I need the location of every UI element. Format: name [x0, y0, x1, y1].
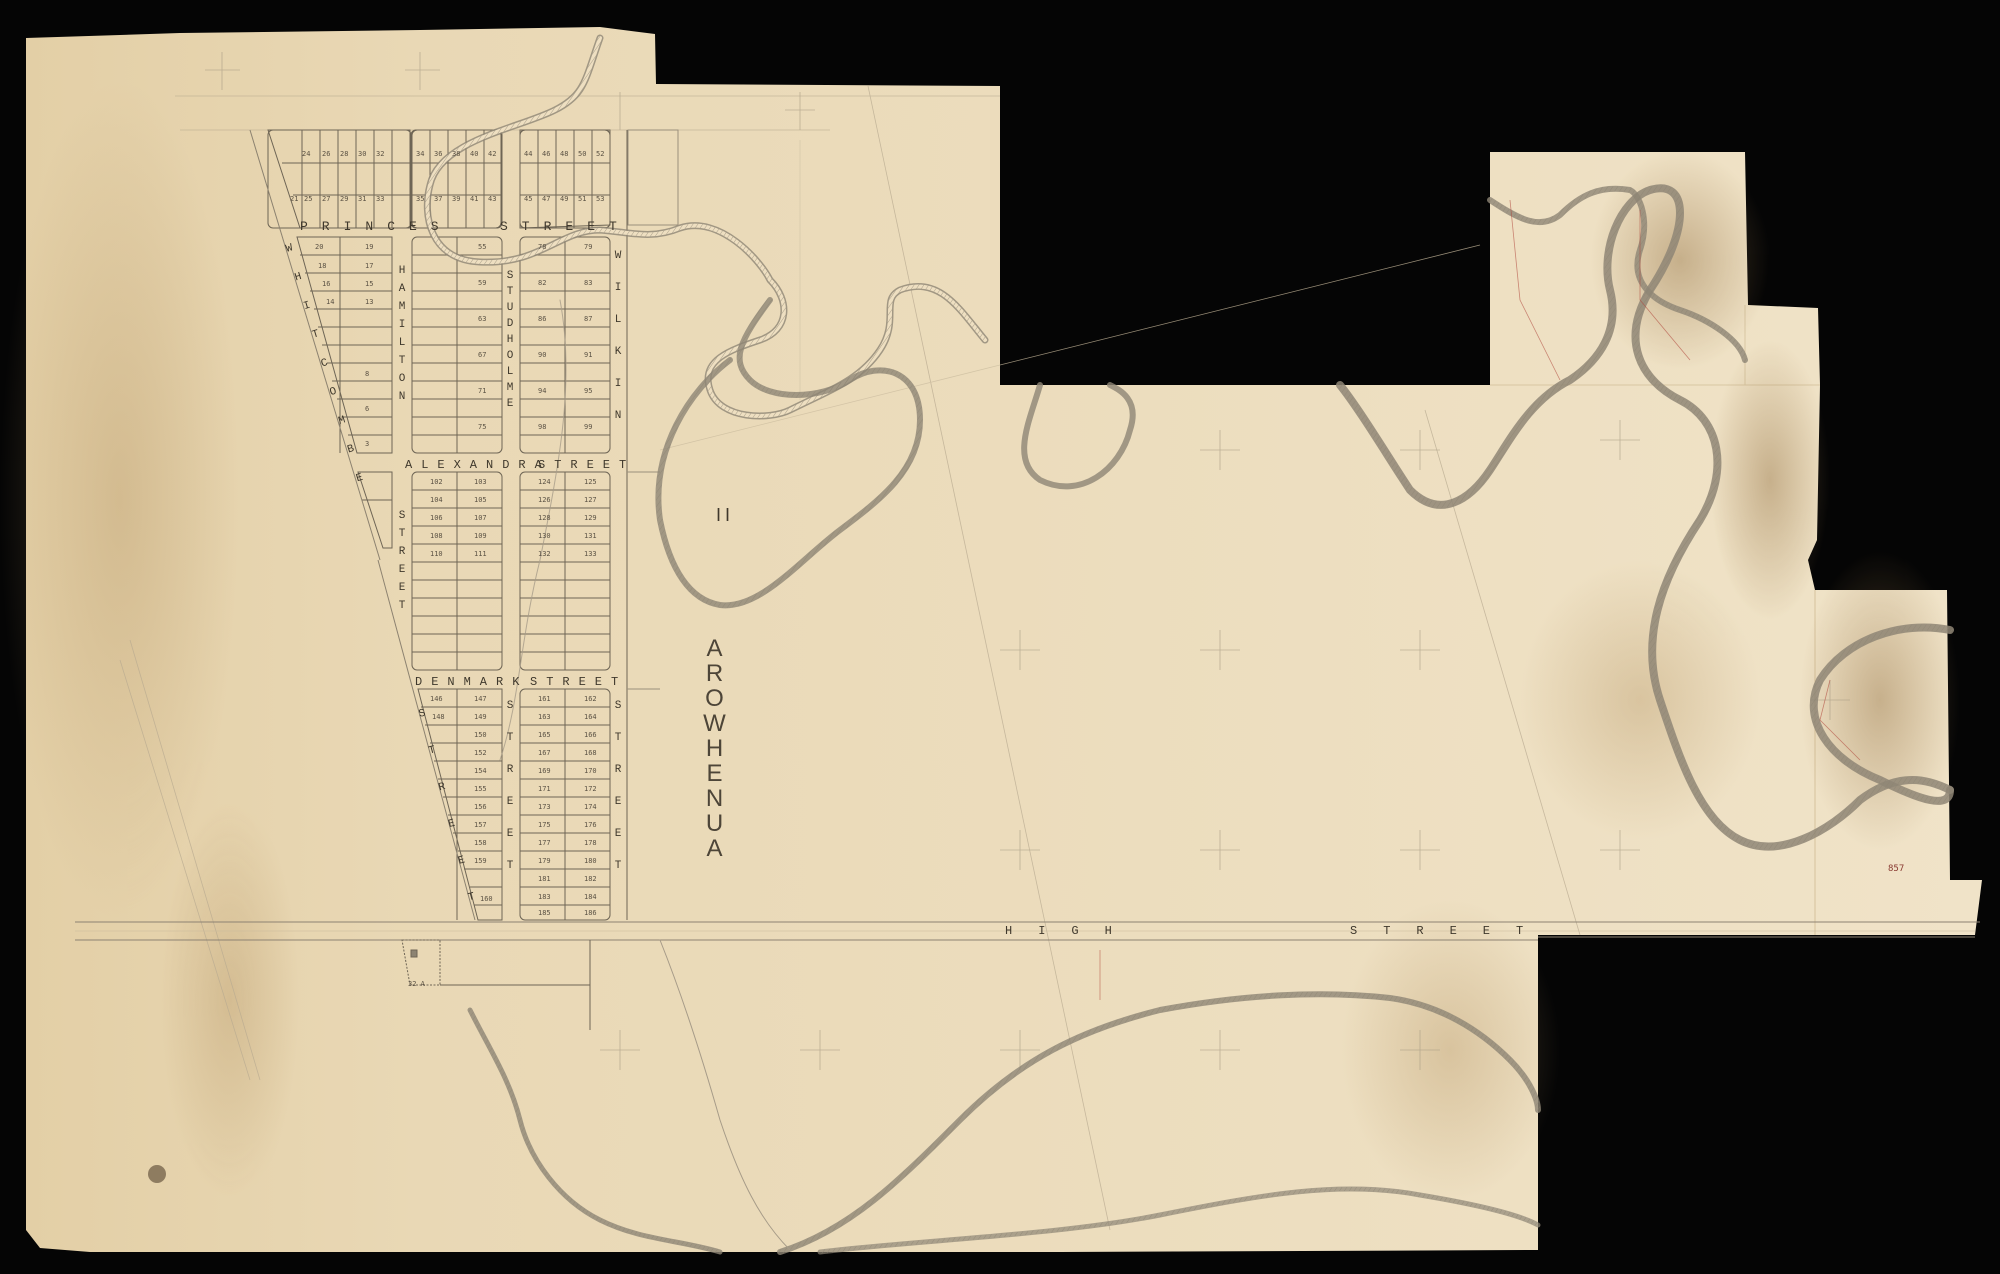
lot-number: 32	[376, 150, 384, 158]
lot-number: 14	[326, 298, 334, 306]
lot-number: 125	[584, 478, 597, 486]
lot-number: 91	[584, 351, 592, 359]
map-drawing	[0, 0, 2000, 1274]
label-studholme-street-lower: STREET	[504, 700, 516, 892]
lot-number: 20	[315, 243, 323, 251]
lot-number: 127	[584, 496, 597, 504]
label-alexandra-street-word2: STREET	[538, 458, 635, 472]
lot-number: 55	[478, 243, 486, 251]
lot-number: 111	[474, 550, 487, 558]
lot-number: 164	[584, 713, 597, 721]
lot-number: 178	[584, 839, 597, 847]
label-wilkin-street: WILKIN	[612, 250, 624, 442]
lot-number: 34	[416, 150, 424, 158]
lot-number: 175	[538, 821, 551, 829]
lot-number: 63	[478, 315, 486, 323]
lot-number: 184	[584, 893, 597, 901]
lot-number: 42	[488, 150, 496, 158]
lot-number: 47	[542, 195, 550, 203]
lot-number: 31	[358, 195, 366, 203]
lot-number: 45	[524, 195, 532, 203]
label-high-street-word1: HIGH	[1005, 924, 1138, 938]
lot-number: 165	[538, 731, 551, 739]
lot-number: 154	[474, 767, 487, 775]
lot-number: 126	[538, 496, 551, 504]
lot-number: 90	[538, 351, 546, 359]
map-canvas: PRINCES STREET ALEXANDRA STREET DENMARK …	[0, 0, 2000, 1274]
lot-number: 169	[538, 767, 551, 775]
lot-number: 36	[434, 150, 442, 158]
lot-number: 19	[365, 243, 373, 251]
lot-number: 128	[538, 514, 551, 522]
lot-number: 29	[340, 195, 348, 203]
lot-number: 130	[538, 532, 551, 540]
lot-number: 79	[584, 243, 592, 251]
lot-number: 124	[538, 478, 551, 486]
lot-number: 71	[478, 387, 486, 395]
lot-number: 181	[538, 875, 551, 883]
lot-number: 170	[584, 767, 597, 775]
lot-number: 158	[474, 839, 487, 847]
lot-number: 109	[474, 532, 487, 540]
label-denmark-street-word2: STREET	[530, 675, 627, 689]
lot-number: 172	[584, 785, 597, 793]
lot-number: 146	[430, 695, 443, 703]
lot-number: 180	[584, 857, 597, 865]
reserve-label: 32 A	[408, 980, 425, 988]
label-hamilton-street: HAMILTON	[396, 265, 408, 409]
lot-number: 149	[474, 713, 487, 721]
lot-number: 78	[538, 243, 546, 251]
lot-number: 166	[584, 731, 597, 739]
lot-number: 30	[358, 150, 366, 158]
lot-number: 94	[538, 387, 546, 395]
lot-number: 150	[474, 731, 487, 739]
lot-number: 129	[584, 514, 597, 522]
lot-number: 75	[478, 423, 486, 431]
lot-number: 28	[340, 150, 348, 158]
lot-number: 163	[538, 713, 551, 721]
lot-number: 177	[538, 839, 551, 847]
lot-number: 107	[474, 514, 487, 522]
lot-number: 148	[432, 713, 445, 721]
label-denmark-street-word1: DENMARK	[415, 675, 528, 689]
label-district-marker: II	[716, 505, 734, 526]
label-princes-street-word1: PRINCES	[300, 219, 453, 234]
lot-number: 67	[478, 351, 486, 359]
lot-number: 179	[538, 857, 551, 865]
lot-number: 18	[318, 262, 326, 270]
lot-number: 157	[474, 821, 487, 829]
lot-number: 156	[474, 803, 487, 811]
lot-number: 174	[584, 803, 597, 811]
lot-number: 38	[452, 150, 460, 158]
lot-number: 167	[538, 749, 551, 757]
lot-number: 48	[560, 150, 568, 158]
lot-number: 25	[304, 195, 312, 203]
lot-number: 50	[578, 150, 586, 158]
label-district-arowhenua: AROWHENUA	[700, 635, 728, 860]
lot-number: 49	[560, 195, 568, 203]
lot-number: 186	[584, 909, 597, 917]
lot-number: 182	[584, 875, 597, 883]
lot-number: 21	[290, 195, 298, 203]
lot-number: 131	[584, 532, 597, 540]
lot-number: 98	[538, 423, 546, 431]
lot-number: 159	[474, 857, 487, 865]
lot-number: 3	[365, 440, 369, 448]
lot-number: 86	[538, 315, 546, 323]
lot-number: 132	[538, 550, 551, 558]
lot-number: 87	[584, 315, 592, 323]
lot-number: 82	[538, 279, 546, 287]
lot-number: 39	[452, 195, 460, 203]
lot-number: 106	[430, 514, 443, 522]
lot-number: 173	[538, 803, 551, 811]
lot-number: 51	[578, 195, 586, 203]
lot-number: 41	[470, 195, 478, 203]
lot-number: 46	[542, 150, 550, 158]
lot-number: 147	[474, 695, 487, 703]
lot-number: 104	[430, 496, 443, 504]
lot-number: 52	[596, 150, 604, 158]
lot-number: 105	[474, 496, 487, 504]
lot-number: 27	[322, 195, 330, 203]
lot-number: 8	[365, 370, 369, 378]
lot-number: 168	[584, 749, 597, 757]
lot-number: 53	[596, 195, 604, 203]
lot-number: 16	[322, 280, 330, 288]
lot-number: 26	[322, 150, 330, 158]
lot-number: 6	[365, 405, 369, 413]
lot-number: 171	[538, 785, 551, 793]
lot-number: 102	[430, 478, 443, 486]
lot-number: 43	[488, 195, 496, 203]
lot-number: 160	[480, 895, 493, 903]
lot-number: 13	[365, 298, 373, 306]
lot-number: 44	[524, 150, 532, 158]
label-wilkin-street-lower: STREET	[612, 700, 624, 892]
lot-number: 108	[430, 532, 443, 540]
lot-number: 83	[584, 279, 592, 287]
lot-number: 59	[478, 279, 486, 287]
lot-number: 110	[430, 550, 443, 558]
lot-number: 33	[376, 195, 384, 203]
lot-number: 133	[584, 550, 597, 558]
lot-number: 155	[474, 785, 487, 793]
lot-number: 185	[538, 909, 551, 917]
label-high-street-word2: STREET	[1350, 924, 1549, 938]
reference-number-857: 857	[1888, 864, 1904, 874]
lot-number: 95	[584, 387, 592, 395]
lot-number: 161	[538, 695, 551, 703]
lot-number: 15	[365, 280, 373, 288]
lot-number: 152	[474, 749, 487, 757]
lot-number: 183	[538, 893, 551, 901]
label-hamilton-street-lower: STREET	[396, 510, 408, 618]
lot-number: 103	[474, 478, 487, 486]
lot-number: 24	[302, 150, 310, 158]
lot-number: 40	[470, 150, 478, 158]
lot-number: 35	[416, 195, 424, 203]
lot-number: 176	[584, 821, 597, 829]
lot-number: 162	[584, 695, 597, 703]
lot-number: 17	[365, 262, 373, 270]
label-princes-street-word2: STREET	[500, 219, 631, 234]
lot-number: 37	[434, 195, 442, 203]
label-studholme-street: STUDHOLME	[504, 270, 516, 414]
lot-number: 99	[584, 423, 592, 431]
label-alexandra-street-word1: ALEXANDRA	[405, 458, 551, 472]
